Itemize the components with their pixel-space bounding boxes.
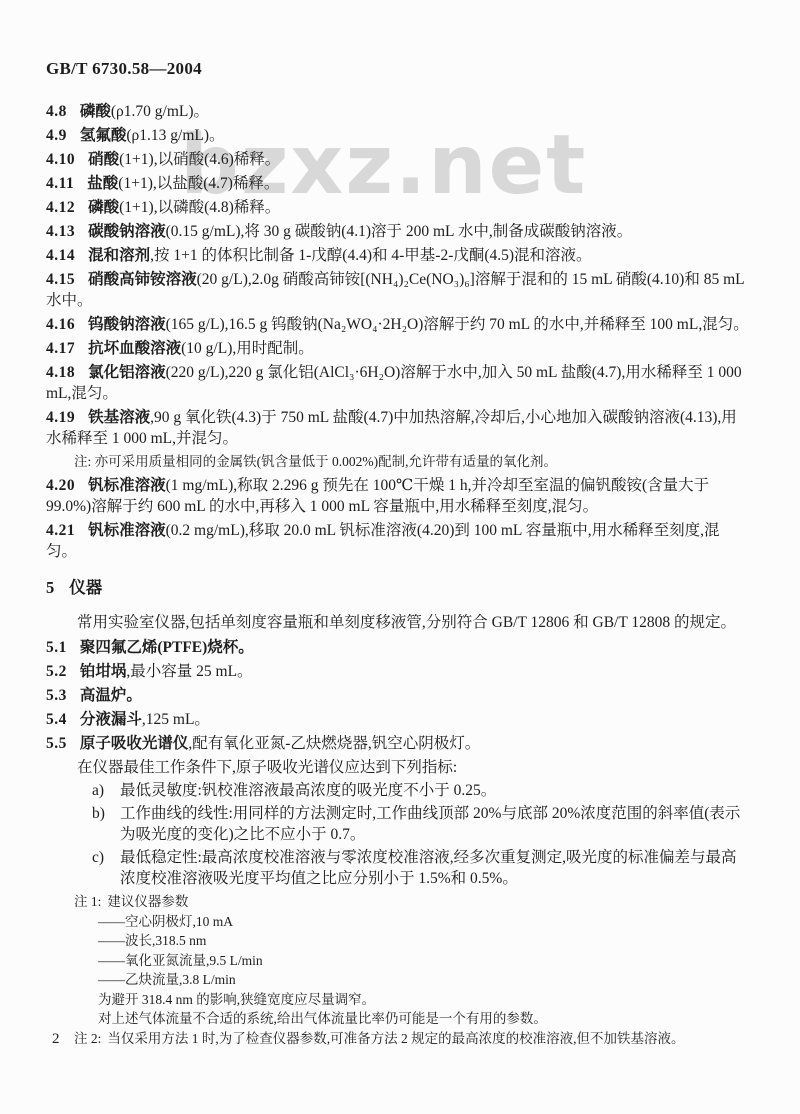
clause-text: ,125 mL。 [142,711,210,728]
note-2-line: 注 2:当仅采用方法 1 时,为了检查仪器参数,可准备方法 2 规定的最高浓度的… [74,1029,750,1049]
clause-4-16: 4.16钨酸钠溶液(165 g/L),16.5 g 钨酸钠(Na₂WO₄·2H₂… [46,314,750,335]
clause-term: 钨酸钠溶液 [88,316,166,333]
section-5-heading: 5仪器 [46,577,750,598]
criterion-text: 工作曲线的线性:用同样的方法测定时,工作曲线顶部 20%与底部 20%浓度范围的… [120,803,750,845]
clause-text: ,最小容量 25 mL。 [126,663,252,680]
standard-number: GB/T 6730.58—2004 [46,58,750,79]
section-number: 5 [46,578,54,597]
clause-4-9: 4.9氢氟酸(ρ1.13 g/mL)。 [46,125,750,146]
clause-text: ,配有氧化亚氮-乙炔燃烧器,钒空心阴极灯。 [188,735,480,752]
section-5-intro: 常用实验室仪器,包括单刻度容量瓶和单刻度移液管,分别符合 GB/T 12806 … [46,612,750,633]
param-wavelength: ——波长,318.5 nm [98,931,750,951]
criterion-text: 最低灵敏度:钒校准溶液最高浓度的吸光度不小于 0.25。 [120,780,750,801]
clause-5-5: 5.5原子吸收光谱仪,配有氧化亚氮-乙炔燃烧器,钒空心阴极灯。 [46,733,750,754]
criterion-c: c)最低稳定性:最高浓度校准溶液与零浓度校准溶液,经多次重复测定,吸光度的标准偏… [92,847,750,889]
clause-number: 4.18 [46,364,75,381]
clause-text: (1+1),以磷酸(4.8)稀释。 [119,199,280,216]
criterion-b: b)工作曲线的线性:用同样的方法测定时,工作曲线顶部 20%与底部 20%浓度范… [92,803,750,845]
clause-term: 混和溶剂 [88,247,150,264]
clause-text: ,90 g 氧化铁(4.3)于 750 mL 盐酸(4.7)中加热溶解,冷却后,… [46,409,737,447]
clause-number: 5.2 [46,663,67,680]
note-under-4-19: 注: 亦可采用质量相同的金属铁(钒含量低于 0.002%)配制,允许带有适量的氧… [74,452,750,471]
clause-term: 铁基溶液 [88,409,150,426]
list-marker: b) [92,803,120,845]
note-text: 当仅采用方法 1 时,为了检查仪器参数,可准备方法 2 规定的最高浓度的校准溶液… [107,1029,684,1049]
clause-text: (1+1),以硝酸(4.6)稀释。 [119,151,280,168]
param-nitrous-oxide-flow: ——氧化亚氮流量,9.5 L/min [98,951,750,971]
criterion-text: 最低稳定性:最高浓度校准溶液与零浓度校准溶液,经多次重复测定,吸光度的标准偏差与… [120,847,750,889]
clause-4-12: 4.12磷酸(1+1),以磷酸(4.8)稀释。 [46,197,750,218]
param-hollow-cathode-lamp: ——空心阴极灯,10 mA [98,912,750,932]
clause-number: 4.14 [46,247,75,264]
clause-term: 氢氟酸 [80,127,127,144]
clause-4-20: 4.20钒标准溶液(1 mg/mL),称取 2.296 g 预先在 100℃干燥… [46,475,750,517]
clause-term: 铂坩埚 [80,663,127,680]
clause-number: 5.1 [46,639,67,656]
clause-5-3: 5.3高温炉。 [46,685,750,706]
clause-number: 4.21 [46,522,75,539]
section-title: 仪器 [69,578,102,597]
clause-number: 4.9 [46,127,67,144]
note-1-block: 注 1:建议仪器参数 ——空心阴极灯,10 mA ——波长,318.5 nm —… [46,892,750,1048]
clause-text: (1+1),以盐酸(4.7)稀释。 [118,175,279,192]
clause-4-19: 4.19铁基溶液,90 g 氧化铁(4.3)于 750 mL 盐酸(4.7)中加… [46,407,750,449]
clause-term: 聚四氟乙烯(PTFE)烧杯。 [80,639,254,656]
clause-number: 4.20 [46,477,75,494]
clause-number: 4.11 [46,175,74,192]
clause-term: 磷酸 [88,199,119,216]
clause-number: 4.19 [46,409,75,426]
condition-intro: 在仪器最佳工作条件下,原子吸收光谱仪应达到下列指标: [46,757,750,778]
page-number: 2 [52,1031,60,1048]
clause-number: 4.17 [46,340,75,357]
clause-term: 硝酸 [88,151,119,168]
clause-number: 4.12 [46,199,75,216]
clause-5-1: 5.1聚四氟乙烯(PTFE)烧杯。 [46,637,750,658]
clause-number: 4.16 [46,316,75,333]
clause-term: 抗坏血酸溶液 [88,340,181,357]
list-marker: c) [92,847,120,889]
clause-4-21: 4.21钒标准溶液(0.2 mg/mL),移取 20.0 mL 钒标准溶液(4.… [46,520,750,562]
clause-term: 原子吸收光谱仪 [80,735,189,752]
clause-4-11: 4.11盐酸(1+1),以盐酸(4.7)稀释。 [46,173,750,194]
clause-number: 5.4 [46,711,67,728]
clause-text: (0.15 g/mL),将 30 g 碳酸钠(4.1)溶于 200 mL 水中,… [166,223,633,240]
criterion-a: a)最低灵敏度:钒校准溶液最高浓度的吸光度不小于 0.25。 [92,780,750,801]
clause-text: ,按 1+1 的体积比制备 1-戊醇(4.4)和 4-甲基-2-戊酮(4.5)混… [150,247,591,264]
clause-5-2: 5.2铂坩埚,最小容量 25 mL。 [46,661,750,682]
clause-4-14: 4.14混和溶剂,按 1+1 的体积比制备 1-戊醇(4.4)和 4-甲基-2-… [46,245,750,266]
clause-5-4: 5.4分液漏斗,125 mL。 [46,709,750,730]
note-1-heading: 注 1:建议仪器参数 [74,892,750,912]
clause-term: 磷酸 [80,103,111,120]
page-content: GB/T 6730.58—2004 4.8磷酸(ρ1.70 g/mL)。 4.9… [0,0,800,1048]
param-acetylene-flow: ——乙炔流量,3.8 L/min [98,970,750,990]
clause-4-8: 4.8磷酸(ρ1.70 g/mL)。 [46,101,750,122]
clause-term: 高温炉。 [80,687,142,704]
note-label: 注 1: [74,892,101,912]
note-label: 注 2: [74,1029,101,1049]
clause-number: 4.13 [46,223,75,240]
clause-number: 4.10 [46,151,75,168]
clause-number: 5.3 [46,687,67,704]
clause-term: 分液漏斗 [80,711,142,728]
clause-number: 4.8 [46,103,67,120]
clause-4-10: 4.10硝酸(1+1),以硝酸(4.6)稀释。 [46,149,750,170]
clause-term: 钒标准溶液 [88,522,166,539]
clause-text: (ρ1.13 g/mL)。 [126,127,224,144]
clause-4-13: 4.13碳酸钠溶液(0.15 g/mL),将 30 g 碳酸钠(4.1)溶于 2… [46,221,750,242]
clause-text: (165 g/L),16.5 g 钨酸钠(Na₂WO₄·2H₂O)溶解于约 70… [166,316,749,333]
clause-term: 钒标准溶液 [88,477,166,494]
clause-term: 碳酸钠溶液 [88,223,166,240]
clause-term: 盐酸 [87,175,118,192]
note-1-remark-2: 对上述气体流量不合适的系统,给出气体流量比率仍可能是一个有用的参数。 [98,1009,750,1029]
note-1-remark-1: 为避开 318.4 nm 的影响,狭缝宽度应尽量调窄。 [98,990,750,1010]
note-title: 建议仪器参数 [107,892,188,912]
clause-number: 4.15 [46,271,75,288]
clause-4-18: 4.18氯化铝溶液(220 g/L),220 g 氯化铝(AlCl₃·6H₂O)… [46,362,750,404]
clause-4-15: 4.15硝酸高铈铵溶液(20 g/L),2.0g 硝酸高铈铵[(NH₄)₂Ce(… [46,269,750,311]
clause-term: 氯化铝溶液 [88,364,166,381]
clause-text: (10 g/L),用时配制。 [181,340,314,357]
document-page: bzxz.net GB/T 6730.58—2004 4.8磷酸(ρ1.70 g… [0,0,800,1114]
clause-4-17: 4.17抗坏血酸溶液(10 g/L),用时配制。 [46,338,750,359]
clause-number: 5.5 [46,735,67,752]
list-marker: a) [92,780,120,801]
clause-term: 硝酸高铈铵溶液 [88,271,197,288]
clause-text: (ρ1.70 g/mL)。 [111,103,209,120]
